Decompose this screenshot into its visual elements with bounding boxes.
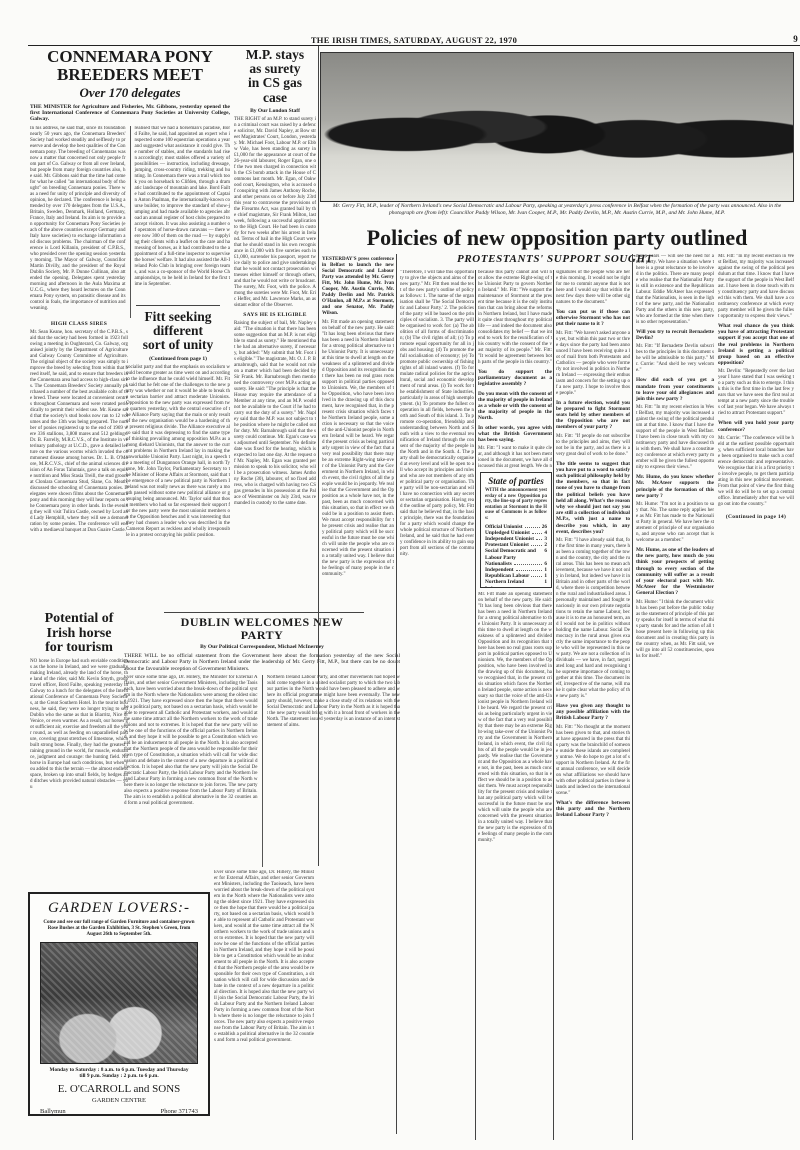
policies-column-3: because this party cannot and will not a… bbox=[478, 270, 552, 470]
article-horse-tourism: Potential of Irish horse for tourism NO … bbox=[30, 612, 128, 862]
party-name: Social Democratic and Labour Party bbox=[485, 548, 540, 560]
photo-caption-container: Mr. Gerry Fitt, M.P., leader of Northern… bbox=[320, 203, 794, 225]
party-seats: 1 bbox=[544, 579, 547, 588]
headline-line-1: M.P. stays bbox=[234, 48, 316, 62]
ad-hours-2: till 9 p.m. Sunday : 2 p.m. to 6 p.m. bbox=[40, 1073, 198, 1079]
article-body: many years — will see the need for a new… bbox=[636, 254, 714, 326]
press-conference-photo bbox=[320, 52, 794, 202]
article-body-continued: Raising the subject of bail, Mr. Napley … bbox=[234, 321, 316, 507]
ad-company: E. O'CARROLL and SONS bbox=[40, 1083, 198, 1095]
article-body: Mr. Fitt made an opening statement on be… bbox=[478, 592, 552, 844]
column-rule bbox=[475, 270, 476, 1140]
answer: Mr. Fitt: "If Bernadette Devlin subscrib… bbox=[636, 344, 714, 374]
party-table: Official Unionist26 Unpledged Unionist4 … bbox=[485, 524, 547, 588]
article-body: THE RIGHT of an M.P. to stand surety in … bbox=[234, 117, 316, 309]
answer: Mr. Fitt: "We haven't asked anyone as ye… bbox=[556, 331, 630, 397]
headline-line-4: case bbox=[234, 91, 316, 105]
ad-location: Ballymun bbox=[40, 1108, 66, 1115]
article-fitt-unity: Fitt seeking different sort of unity (Co… bbox=[126, 305, 230, 610]
article-body: Ever since some time ago, Dr. Hillery, t… bbox=[124, 675, 258, 807]
article-lede: THE MINISTER for Agriculture and Fisheri… bbox=[30, 104, 230, 123]
policies-column-3-lower: Mr. Fitt made an opening statement on be… bbox=[478, 592, 552, 1140]
answer: Mr. Fitt: "No thought at the moment has … bbox=[556, 725, 630, 797]
answer: Mr. Hume: "I think the document which ha… bbox=[636, 600, 714, 660]
article-body: Mr. Fitt made an opening statement on be… bbox=[322, 320, 394, 578]
answer: Mr. Fitt: "In my recent election in West… bbox=[718, 254, 794, 320]
policies-column-5: many years — will see the need for a new… bbox=[636, 254, 794, 1140]
article-body: Ever since some time ago, Dr. Hillery, t… bbox=[214, 870, 314, 1044]
garden-furniture-photo bbox=[40, 942, 198, 1064]
article-connemara: CONNEMARA PONY BREEDERS MEET Over 170 de… bbox=[30, 48, 230, 318]
column-divider bbox=[262, 675, 263, 867]
ad-phone: Phone 371743 bbox=[161, 1108, 198, 1115]
answer: Mr. Hume: "I'm not in a position to say … bbox=[636, 502, 714, 544]
question: Mr. Hume, as one of the leaders of the n… bbox=[636, 547, 714, 597]
party-seats: 6 bbox=[544, 548, 547, 560]
policies-headline-container: Policies of new opposition party outline… bbox=[320, 226, 794, 252]
dublin-welcomes-continued: Ever since some time ago, Dr. Hillery, t… bbox=[214, 870, 314, 1110]
question: Will you try to recruit Bernadette Devli… bbox=[636, 329, 714, 341]
article-body: In his address, he said that, since its … bbox=[30, 126, 126, 312]
headline-line-3: in CS gas bbox=[234, 76, 316, 90]
question: You can put us if those can otherwise St… bbox=[556, 309, 630, 328]
answer: Mr. Fitt: "In my recent election in West… bbox=[636, 405, 714, 471]
article-body: because this party cannot and will not a… bbox=[478, 270, 552, 366]
party-row: Northern Ireland Labour1 bbox=[485, 579, 547, 588]
ad-subtitle: GARDEN CENTRE bbox=[40, 1097, 198, 1104]
question: You do support the parliamentary documen… bbox=[478, 369, 552, 388]
headline-line-1: CONNEMARA PONY bbox=[30, 48, 230, 66]
headline-line-2: Irish horse bbox=[30, 627, 128, 642]
headline-line-3: for tourism bbox=[30, 641, 128, 656]
answer: Mr. Devlin: "Repeatedly over the last ye… bbox=[718, 369, 794, 417]
article-body: "Therefore, I will take this opportunity… bbox=[400, 270, 474, 558]
headline-line-2: different bbox=[126, 324, 230, 338]
continued-note: (Continued from page 1) bbox=[126, 356, 230, 362]
box-title: State of parties bbox=[485, 476, 547, 486]
article-body: signatures of the people who are here th… bbox=[556, 270, 630, 306]
question: How did each of you get a mandate from y… bbox=[636, 377, 714, 402]
masthead-title: THE IRISH TIMES, SATURDAY, AUGUST 22, 19… bbox=[311, 35, 517, 45]
byline: By Our London Staff bbox=[234, 108, 316, 114]
column-rule bbox=[318, 46, 319, 866]
section-heading: HIGH CLASS SIRES bbox=[30, 321, 128, 327]
party-row: Social Democratic and Labour Party6 bbox=[485, 548, 547, 560]
headline-line-2: as surety bbox=[234, 62, 316, 76]
ad-intro: Come and see our full range of Garden Fu… bbox=[40, 920, 198, 938]
policies-column-1: YESTERDAY'S press conference in Belfast … bbox=[322, 254, 394, 866]
answer: Mr. Currie: "The conference will be held… bbox=[718, 436, 794, 508]
question: In other words, you agree with what the … bbox=[478, 425, 552, 444]
article-body-continued: Mr. Fitt: "I want to make it quite clear… bbox=[478, 446, 552, 470]
headline-line-3: sort of unity bbox=[126, 338, 230, 352]
answer: Mr. Fitt: "If people do not subscribe to… bbox=[556, 434, 630, 458]
column-rule bbox=[396, 254, 397, 1134]
article-connemara-continued: HIGH CLASS SIRES Mr. Sean Keane, hon. se… bbox=[30, 318, 128, 608]
state-of-parties-box: State of parties WITH the announcement y… bbox=[480, 472, 552, 588]
question: What real chance do you think you have o… bbox=[718, 323, 794, 366]
article-body: socialist party and that the emphasis on… bbox=[126, 365, 230, 539]
article-cs-gas: M.P. stays as surety in CS gas case By O… bbox=[234, 48, 316, 608]
headline-line-1: Potential of bbox=[30, 612, 128, 627]
question: In a future election, would you be prepa… bbox=[556, 400, 630, 431]
subheadline: Over 170 delegates bbox=[30, 85, 230, 101]
article-lede: YESTERDAY'S press conference in Belfast … bbox=[322, 257, 394, 317]
headline-line-1: Fitt seeking bbox=[126, 310, 230, 324]
page-masthead: THE IRISH TIMES, SATURDAY, AUGUST 22, 19… bbox=[28, 32, 800, 46]
policies-column-2: "Therefore, I will take this opportunity… bbox=[400, 270, 474, 1140]
box-intro: WITH the announcement yesterday of a new… bbox=[485, 488, 547, 522]
question: When will you hold your party conference… bbox=[718, 420, 794, 432]
article-body: Mr. Sean Keane, hon. secretary of the C.… bbox=[30, 330, 128, 534]
column-divider bbox=[130, 126, 131, 318]
main-headline: Policies of new opposition party outline… bbox=[320, 226, 794, 249]
article-body: NO horse in Europe had such enviable con… bbox=[30, 659, 128, 791]
photo-caption: Mr. Gerry Fitt, M.P., leader of Northern… bbox=[320, 203, 794, 216]
ad-title: GARDEN LOVERS:- bbox=[40, 900, 198, 917]
article-body-continued: realised that we had a horseman's paradi… bbox=[134, 126, 230, 288]
column-rule bbox=[632, 254, 633, 1140]
garden-lovers-advertisement: GARDEN LOVERS:- Come and see our full ra… bbox=[28, 892, 210, 1116]
page-number: 9 bbox=[793, 34, 798, 44]
section-heading: SAYS HE IS ELIGIBLE bbox=[234, 312, 316, 318]
policies-column-4: signatures of the people who are here th… bbox=[556, 270, 630, 1140]
continued-note: (Continued in page 14) bbox=[718, 514, 794, 520]
column-rule bbox=[553, 270, 554, 1140]
question: Have you given any thought to any possib… bbox=[556, 703, 630, 722]
question: Do you mean with the consent of the majo… bbox=[478, 391, 552, 422]
question: The title seems to suggest that you have… bbox=[556, 461, 630, 535]
headline-line-2: BREEDERS MEET bbox=[30, 66, 230, 84]
question: Mr. Hume, do you know whether Mr. McAtee… bbox=[636, 474, 714, 499]
party-name: Northern Ireland Labour bbox=[485, 579, 540, 588]
answer: Mr. Fitt: "I have already said that, for… bbox=[556, 538, 630, 700]
divider bbox=[136, 305, 220, 306]
question: What's the difference between this party… bbox=[556, 800, 630, 819]
